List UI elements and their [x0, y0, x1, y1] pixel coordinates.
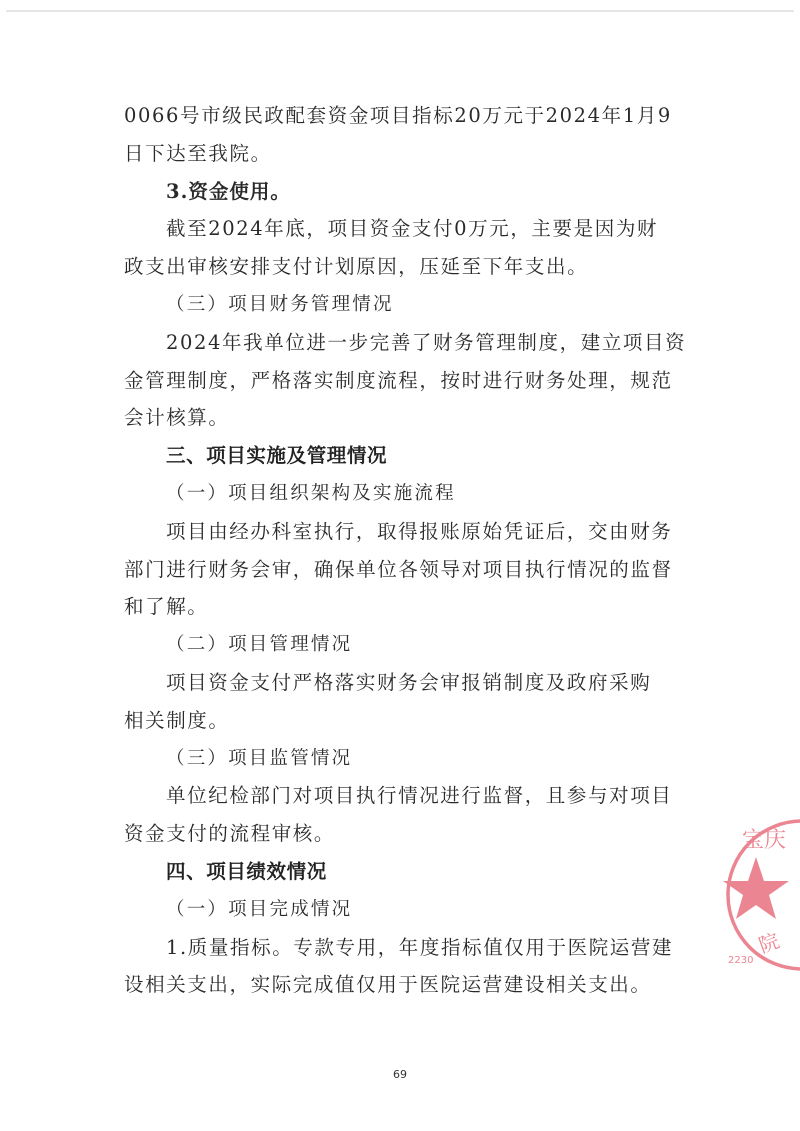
- page-number: 69: [0, 1068, 800, 1081]
- section-heading-financial-management: （三）项目财务管理情况: [124, 286, 682, 324]
- paragraph-line: 单位纪检部门对项目执行情况进行监督，且参与对项目: [124, 777, 682, 815]
- subsection-heading-fund-usage: 3.资金使用。: [124, 173, 682, 211]
- page-top-rule: [6, 10, 794, 12]
- seal-icon: 宝庆 院 2230: [722, 815, 800, 975]
- paragraph-line: 政支出审核安排支付计划原因，压延至下年支出。: [124, 248, 682, 286]
- paragraph-line: 设相关支出，实际完成值仅用于医院运营建设相关支出。: [124, 966, 682, 1004]
- section-heading-completion: （一）项目完成情况: [124, 891, 682, 929]
- paragraph-line: 1.质量指标。专款专用，年度指标值仅用于医院运营建: [124, 929, 682, 967]
- paragraph-line: 和了解。: [124, 588, 682, 626]
- section-heading-organization: （一）项目组织架构及实施流程: [124, 475, 682, 513]
- section-heading-project-management: （二）项目管理情况: [124, 626, 682, 664]
- paragraph-line: 日下达至我院。: [124, 135, 682, 173]
- paragraph-line: 2024年我单位进一步完善了财务管理制度，建立项目资: [124, 324, 682, 362]
- svg-text:宝庆: 宝庆: [742, 828, 786, 853]
- paragraph-line: 相关制度。: [124, 702, 682, 740]
- chapter-heading-performance: 四、项目绩效情况: [124, 853, 682, 891]
- paragraph-line: 截至2024年底，项目资金支付0万元，主要是因为财: [124, 210, 682, 248]
- paragraph-line: 项目由经办科室执行，取得报账原始凭证后，交由财务: [124, 513, 682, 551]
- paragraph-line: 0066号市级民政配套资金项目指标20万元于2024年1月9: [124, 97, 682, 135]
- official-seal-stamp: 宝庆 院 2230: [722, 815, 800, 975]
- svg-text:院: 院: [756, 928, 783, 957]
- svg-text:2230: 2230: [728, 955, 753, 966]
- paragraph-line: 资金支付的流程审核。: [124, 815, 682, 853]
- paragraph-line: 部门进行财务会审，确保单位各领导对项目执行情况的监督: [124, 551, 682, 589]
- document-body: 0066号市级民政配套资金项目指标20万元于2024年1月9 日下达至我院。 3…: [124, 97, 682, 1004]
- paragraph-line: 项目资金支付严格落实财务会审报销制度及政府采购: [124, 664, 682, 702]
- section-heading-supervision: （三）项目监管情况: [124, 740, 682, 778]
- paragraph-line: 金管理制度，严格落实制度流程，按时进行财务处理，规范: [124, 362, 682, 400]
- chapter-heading-implementation: 三、项目实施及管理情况: [124, 437, 682, 475]
- paragraph-line: 会计核算。: [124, 399, 682, 437]
